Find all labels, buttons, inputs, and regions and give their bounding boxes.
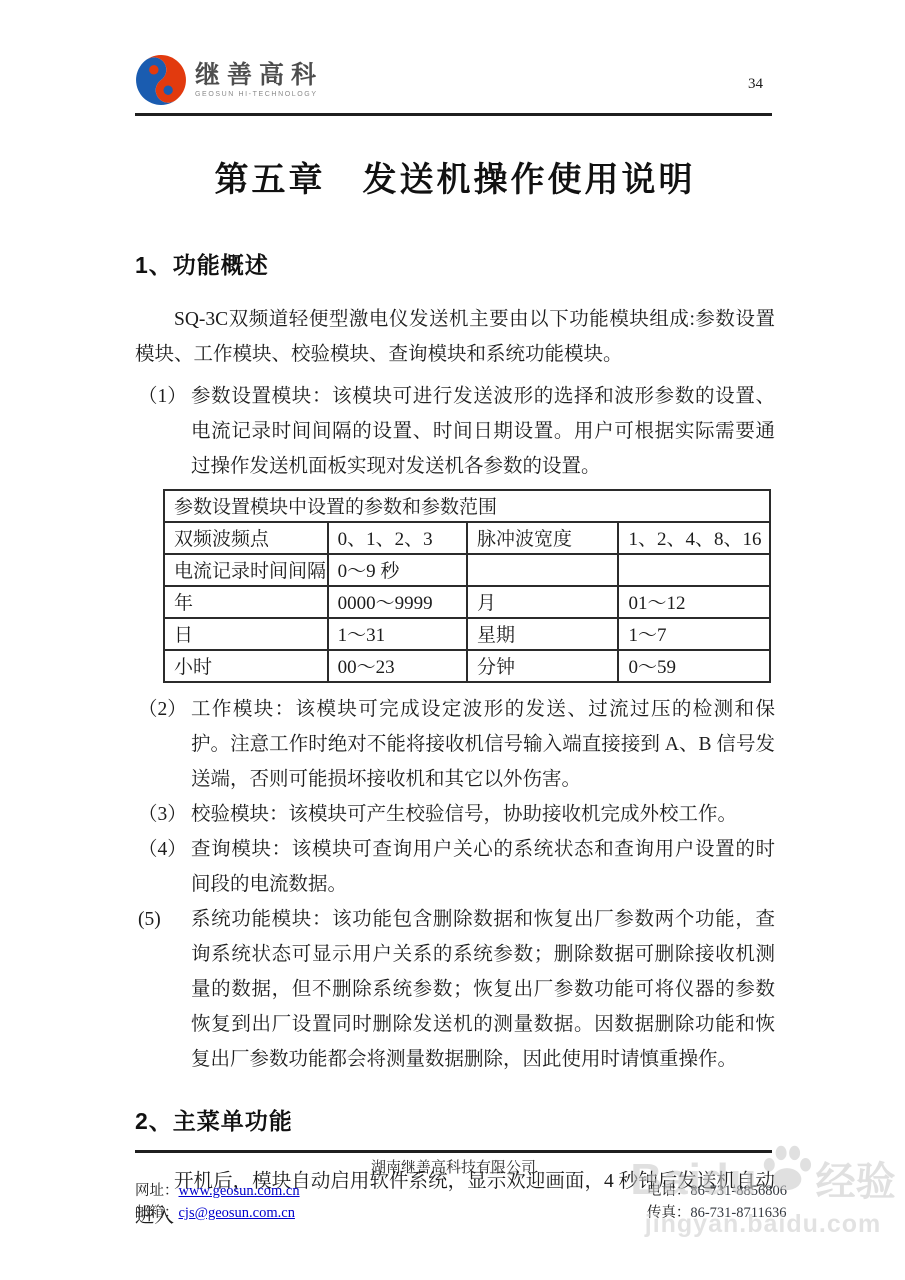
table-cell: 1～31: [328, 618, 467, 650]
table-cell: 0～59: [618, 650, 770, 682]
table-cell: 1～7: [618, 618, 770, 650]
website-link[interactable]: www.geosun.com.cn: [179, 1183, 300, 1199]
footer-divider: [135, 1150, 772, 1153]
table-row: 日 1～31 星期 1～7: [164, 618, 770, 650]
watermark-cn-text: 经验: [816, 1162, 896, 1202]
table-cell: 电流记录时间间隔: [164, 554, 328, 586]
table-row: 参数设置模块中设置的参数和参数范围: [164, 490, 770, 522]
table-caption-cell: 参数设置模块中设置的参数和参数范围: [164, 490, 770, 522]
email-label: 邮箱：: [135, 1205, 179, 1221]
list-item-text: 校验模块：该模块可产生校验信号，协助接收机完成外校工作。: [191, 797, 775, 832]
table-cell: 脉冲波宽度: [467, 522, 619, 554]
phone-number: 86-731-8856806: [690, 1183, 787, 1199]
manual-page: 继善高科 GEOSUN HI-TECHNOLOGY 34 第五章 发送机操作使用…: [0, 0, 905, 1280]
company-name: 湖南继善高科技有限公司: [135, 1156, 772, 1177]
table-cell: 00～23: [328, 650, 467, 682]
list-item-text: 查询模块：该模块可查询用户关心的系统状态和查询用户设置的时间段的电流数据。: [191, 832, 775, 902]
geosun-swirl-icon: [135, 54, 187, 106]
fax-label: 传真：: [647, 1205, 691, 1221]
table-cell: 日: [164, 618, 328, 650]
list-item-number: (5): [135, 902, 191, 1077]
table-cell: 双频波频点: [164, 522, 328, 554]
chapter-title: 第五章 发送机操作使用说明: [135, 152, 775, 201]
list-item-text: 参数设置模块：该模块可进行发送波形的选择和波形参数的设置、电流记录时间间隔的设置…: [191, 379, 775, 484]
page-header: 继善高科 GEOSUN HI-TECHNOLOGY 34: [135, 54, 775, 106]
fax-number: 86-731-8711636: [690, 1205, 786, 1221]
logo-text: 继善高科 GEOSUN HI-TECHNOLOGY: [195, 63, 323, 98]
header-divider: [135, 113, 772, 116]
section-1-intro: SQ-3C双频道轻便型激电仪发送机主要由以下功能模块组成:参数设置模块、工作模块…: [135, 302, 775, 372]
section-1-heading: 1、功能概述: [135, 247, 775, 280]
section-2-heading: 2、主菜单功能: [135, 1103, 775, 1136]
table-cell: 月: [467, 586, 619, 618]
table-cell: 年: [164, 586, 328, 618]
table-cell: [467, 554, 619, 586]
parameter-table: 参数设置模块中设置的参数和参数范围 双频波频点 0、1、2、3 脉冲波宽度 1、…: [163, 489, 771, 683]
table-cell: 小时: [164, 650, 328, 682]
list-item-5: (5) 系统功能模块：该功能包含删除数据和恢复出厂参数两个功能，查询系统状态可显…: [135, 902, 775, 1077]
list-item-number: （4）: [135, 832, 191, 902]
phone-label: 电话：: [647, 1183, 691, 1199]
list-item-4: （4） 查询模块：该模块可查询用户关心的系统状态和查询用户设置的时间段的电流数据…: [135, 832, 775, 902]
table-cell: 0～9 秒: [328, 554, 467, 586]
logo-subtitle: GEOSUN HI-TECHNOLOGY: [195, 91, 323, 98]
website-label: 网址：: [135, 1183, 179, 1199]
page-number: 34: [748, 76, 763, 93]
list-item-number: （2）: [135, 692, 191, 797]
table-cell: 分钟: [467, 650, 619, 682]
footer-contact-right: 电话：86-731-8856806 传真：86-731-8711636: [647, 1180, 795, 1224]
email-link[interactable]: cjs@geosun.com.cn: [179, 1205, 295, 1221]
table-row: 小时 00～23 分钟 0～59: [164, 650, 770, 682]
table-cell: [618, 554, 770, 586]
list-item-number: （1）: [135, 379, 191, 484]
company-logo: 继善高科 GEOSUN HI-TECHNOLOGY: [135, 54, 775, 106]
page-footer: 湖南继善高科技有限公司 网址：www.geosun.com.cn 邮箱：cjs@…: [135, 1156, 795, 1224]
list-item-text: 系统功能模块：该功能包含删除数据和恢复出厂参数两个功能，查询系统状态可显示用户关…: [191, 902, 775, 1077]
table-row: 年 0000～9999 月 01～12: [164, 586, 770, 618]
list-item-1: （1） 参数设置模块：该模块可进行发送波形的选择和波形参数的设置、电流记录时间间…: [135, 379, 775, 484]
table-row: 双频波频点 0、1、2、3 脉冲波宽度 1、2、4、8、16: [164, 522, 770, 554]
list-item-2: （2） 工作模块：该模块可完成设定波形的发送、过流过压的检测和保护。注意工作时绝…: [135, 692, 775, 797]
list-item-3: （3） 校验模块：该模块可产生校验信号，协助接收机完成外校工作。: [135, 797, 775, 832]
list-item-number: （3）: [135, 797, 191, 832]
table-cell: 01～12: [618, 586, 770, 618]
logo-title: 继善高科: [195, 63, 323, 88]
table-row: 电流记录时间间隔 0～9 秒: [164, 554, 770, 586]
table-cell: 星期: [467, 618, 619, 650]
table-cell: 1、2、4、8、16: [618, 522, 770, 554]
document-body: 第五章 发送机操作使用说明 1、功能概述 SQ-3C双频道轻便型激电仪发送机主要…: [135, 142, 775, 1234]
table-cell: 0000～9999: [328, 586, 467, 618]
table-cell: 0、1、2、3: [328, 522, 467, 554]
footer-contact-left: 网址：www.geosun.com.cn 邮箱：cjs@geosun.com.c…: [135, 1180, 300, 1224]
list-item-text: 工作模块：该模块可完成设定波形的发送、过流过压的检测和保护。注意工作时绝对不能将…: [191, 692, 775, 797]
